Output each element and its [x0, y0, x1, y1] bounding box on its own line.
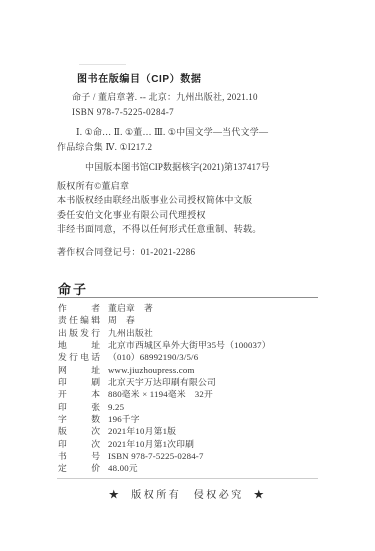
row-value: ISBN 978-7-5225-0284-7: [108, 450, 204, 462]
row-label: 印张: [58, 401, 100, 413]
row-label: 出版发行: [58, 327, 100, 339]
table-row-address: 地址北京市西城区阜外大街甲35号（100037）: [58, 339, 318, 351]
page-content: 图书在版编目（CIP）数据 命子 / 董启章著. -- 北京：九州出版社, 20…: [57, 0, 318, 551]
no-reproduction-line: 非经书面同意，不得以任何形式任意重制、转载。: [57, 222, 318, 236]
row-value: 北京市西城区阜外大街甲35号（100037）: [108, 339, 271, 351]
license-source-line: 本书版权经由联经出版事业公司授权简体中文版: [57, 193, 318, 207]
scan-artifact-line: [79, 64, 126, 65]
row-label: 责任编辑: [58, 314, 100, 326]
cip-title-line: 命子 / 董启章著. -- 北京：九州出版社, 2021.10: [72, 90, 258, 103]
publication-info-list: 作者董启章 著 责任编辑周 春 出版发行九州出版社 地址北京市西城区阜外大街甲3…: [58, 302, 318, 475]
contract-registration-number: 著作权合同登记号：01-2021-2286: [57, 245, 195, 258]
row-value: 董启章 著: [108, 302, 153, 314]
table-row-phone: 发行电话（010）68992190/3/5/6: [58, 351, 318, 363]
table-row-printer: 印刷北京天宇万达印刷有限公司: [58, 376, 318, 388]
table-row-format: 开本880毫米 × 1194毫米 32开: [58, 388, 318, 400]
table-row-printing: 印次2021年10月第1次印刷: [58, 438, 318, 450]
row-value: 196千字: [108, 413, 140, 425]
title-divider: [57, 297, 318, 298]
cip-isbn-line: ISBN 978-7-5225-0284-7: [72, 107, 174, 117]
table-row-wordcount: 字数196千字: [58, 413, 318, 425]
row-label: 开本: [58, 388, 100, 400]
table-row-isbn: 书号ISBN 978-7-5225-0284-7: [58, 450, 318, 462]
copyright-owner-line: 版权所有©董启章: [57, 179, 318, 193]
row-label: 定价: [58, 462, 100, 474]
row-value: 48.00元: [108, 462, 138, 474]
table-row-editor: 责任编辑周 春: [58, 314, 318, 326]
copyright-page: 图书在版编目（CIP）数据 命子 / 董启章著. -- 北京：九州出版社, 20…: [0, 0, 375, 551]
row-label: 版次: [58, 425, 100, 437]
row-value: （010）68992190/3/5/6: [108, 351, 198, 363]
cip-classification: Ⅰ. ①命… Ⅱ. ①董… Ⅲ. ①中国文学—当代文学—作品综合集 Ⅳ. ①I2…: [57, 125, 318, 155]
row-value: 880毫米 × 1194毫米 32开: [108, 388, 213, 400]
row-label: 书号: [58, 450, 100, 462]
row-label: 字数: [58, 413, 100, 425]
cip-classification-line1: Ⅰ. ①命… Ⅱ. ①董… Ⅲ. ①中国文学—当代文学—: [76, 127, 268, 137]
book-title: 命子: [58, 279, 88, 298]
cip-record-number: 中国版本图书馆CIP数据核字(2021)第137417号: [85, 160, 270, 173]
row-value: 2021年10月第1版: [108, 425, 176, 437]
row-value: 北京天宇万达印刷有限公司: [108, 376, 216, 388]
table-row-author: 作者董启章 著: [58, 302, 318, 314]
row-label: 发行电话: [58, 351, 100, 363]
license-agent-line: 委任安伯文化事业有限公司代理授权: [57, 208, 318, 222]
row-label: 地址: [58, 339, 100, 351]
table-row-edition: 版次2021年10月第1版: [58, 425, 318, 437]
row-value: 九州出版社: [108, 327, 153, 339]
table-row-sheets: 印张9.25: [58, 401, 318, 413]
footer-divider: [57, 478, 318, 479]
row-label: 作者: [58, 302, 100, 314]
cip-classification-line2: 作品综合集 Ⅳ. ①I217.2: [57, 142, 152, 152]
table-row-price: 定价48.00元: [58, 462, 318, 474]
row-value: 周 春: [108, 314, 135, 326]
row-value: 9.25: [108, 401, 124, 413]
copyright-statement: 版权所有©董启章 本书版权经由联经出版事业公司授权简体中文版 委任安伯文化事业有…: [57, 179, 318, 236]
table-row-publisher: 出版发行九州出版社: [58, 327, 318, 339]
row-value: www.jiuzhoupress.com: [108, 364, 195, 376]
cip-heading: 图书在版编目（CIP）数据: [77, 70, 201, 85]
row-label: 印次: [58, 438, 100, 450]
row-label: 印刷: [58, 376, 100, 388]
copyright-warning: ★ 版权所有 侵权必究 ★: [57, 486, 318, 501]
table-row-website: 网址www.jiuzhoupress.com: [58, 364, 318, 376]
row-label: 网址: [58, 364, 100, 376]
row-value: 2021年10月第1次印刷: [108, 438, 194, 450]
